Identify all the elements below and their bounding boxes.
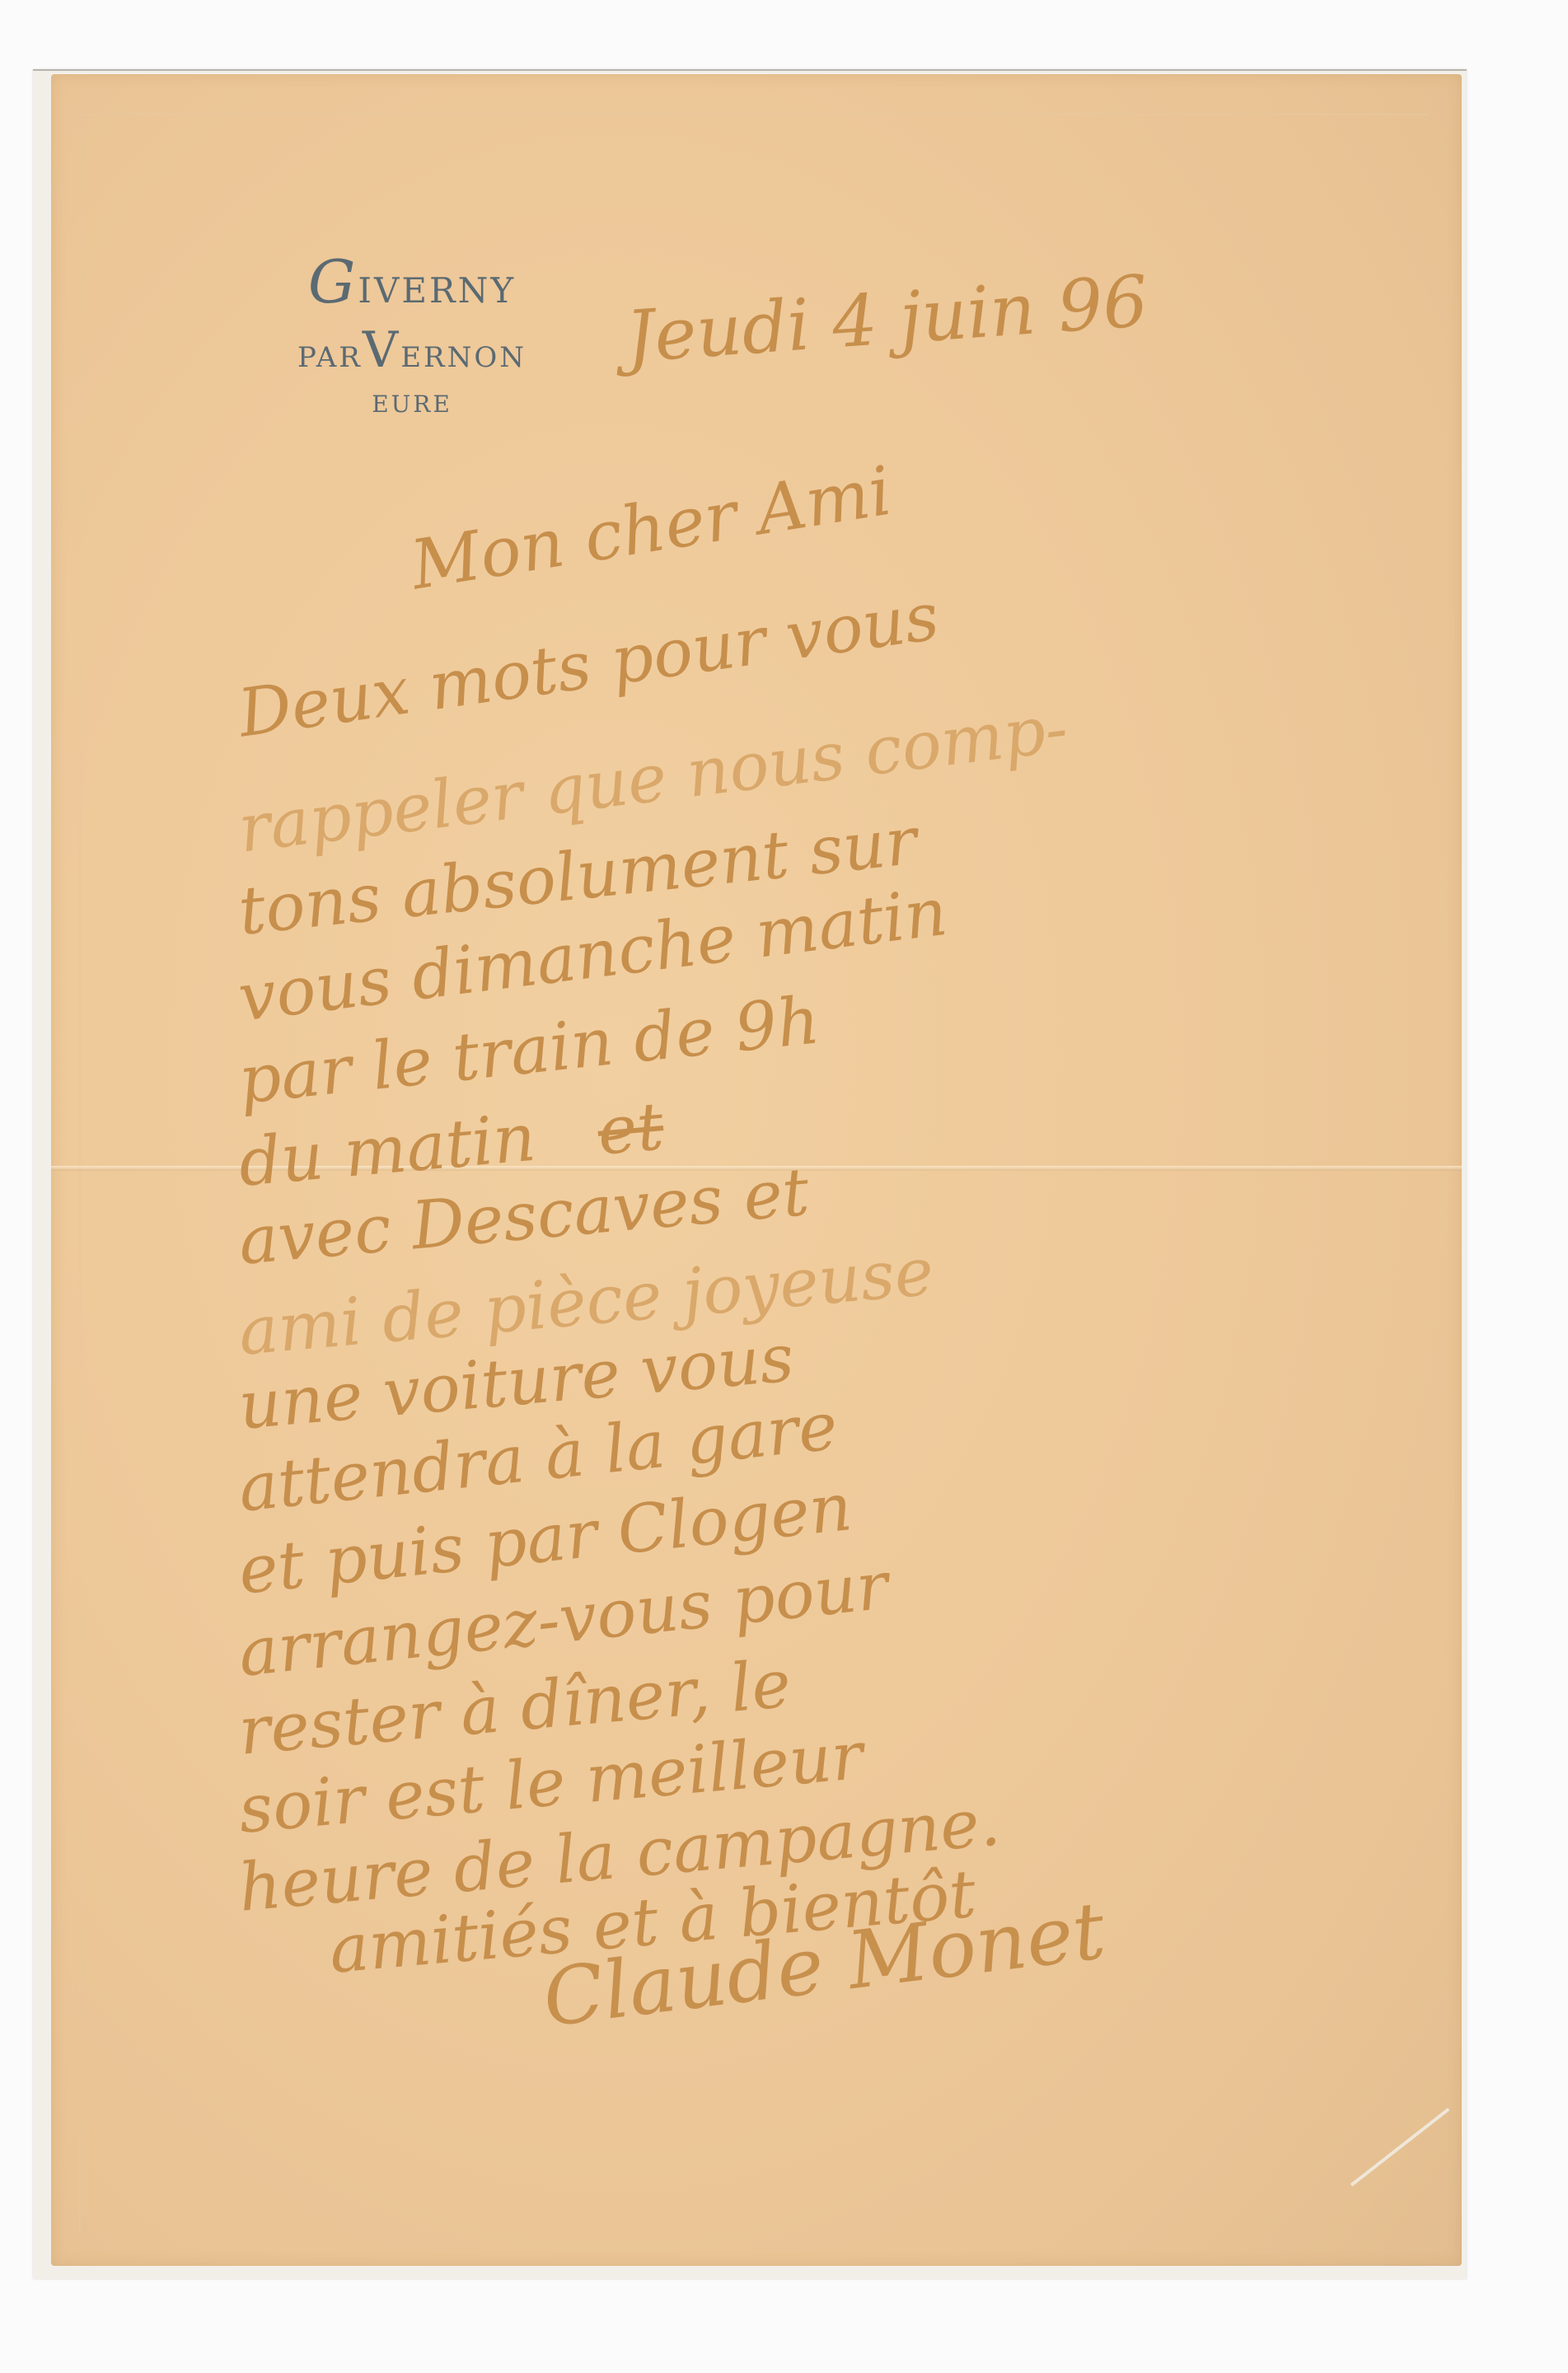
letterhead: GIVERNY PARVERNON EURE: [247, 247, 577, 418]
letterhead-town-rest: IVERNY: [358, 270, 516, 311]
letterhead-via: PARVERNON: [247, 321, 577, 379]
letterhead-department: EURE: [247, 391, 577, 418]
struck-word: et: [595, 1088, 667, 1170]
letterhead-town: GIVERNY: [247, 247, 577, 316]
letterhead-via-rest: ERNON: [400, 341, 527, 374]
letterhead-town-initial: G: [308, 247, 358, 316]
letterhead-via-prefix: PAR: [297, 341, 363, 374]
letterhead-via-initial: V: [363, 321, 400, 379]
